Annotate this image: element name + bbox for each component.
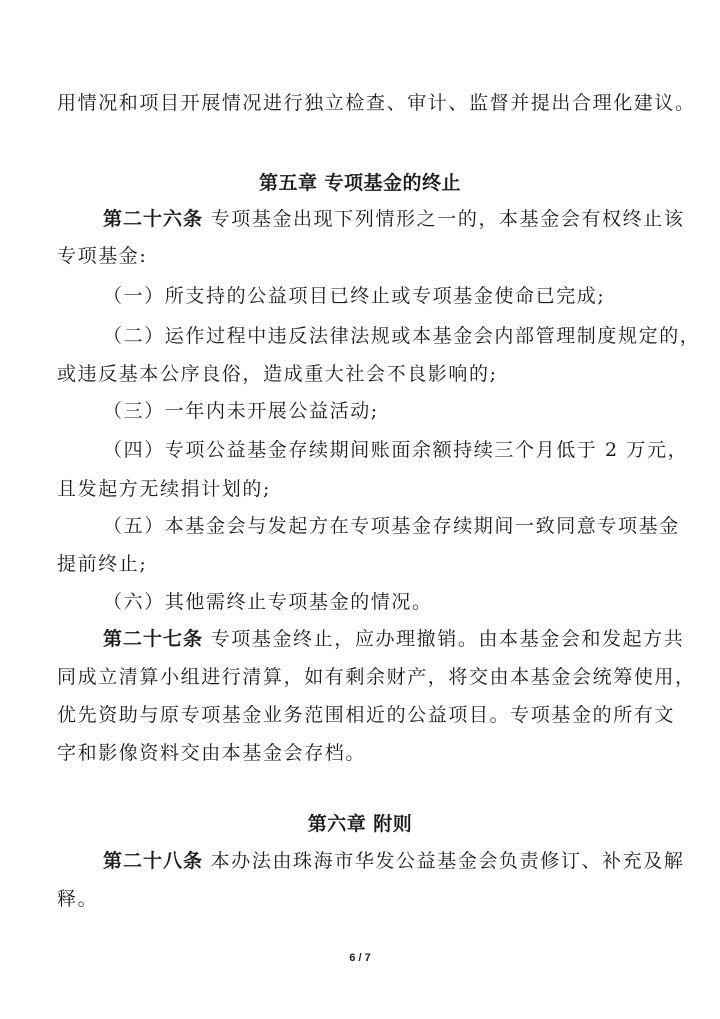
- article-26-line-1: 第二十六条 专项基金出现下列情形之一的，本基金会有权终止该: [103, 207, 663, 231]
- paragraph-continuation: 用情况和项目开展情况进行独立检查、审计、监督并提出合理化建议。: [57, 91, 663, 115]
- article-26-item-3: （三）一年内未开展公益活动;: [103, 399, 663, 423]
- article-28-line-1: 第二十八条 本办法由珠海市华发公益基金会负责修订、补充及解: [103, 849, 663, 873]
- article-26-text: 专项基金出现下列情形之一的，本基金会有权终止该: [203, 208, 684, 230]
- article-26-item-4-line-2: 且发起方无续捐计划的;: [57, 477, 663, 501]
- article-26-item-1: （一）所支持的公益项目已终止或专项基金使命已完成;: [103, 284, 663, 308]
- article-26-item-4-line-1: （四）专项公益基金存续期间账面余额持续三个月低于 2 万元，: [103, 438, 663, 462]
- document-page: 用情况和项目开展情况进行独立检查、审计、监督并提出合理化建议。 第五章 专项基金…: [0, 0, 720, 1019]
- chapter-6-title: 第六章 附则: [0, 812, 720, 836]
- article-28-line-2: 释。: [57, 887, 663, 911]
- article-27-line-2: 同成立清算小组进行清算，如有剩余财产，将交由本基金会统筹使用，: [57, 665, 663, 689]
- article-26-item-2-line-2: 或违反基本公序良俗，造成重大社会不良影响的;: [57, 362, 663, 386]
- article-26-item-6: （六）其他需终止专项基金的情况。: [103, 590, 663, 614]
- article-27-text: 专项基金终止，应办理撤销。由本基金会和发起方共: [203, 628, 684, 650]
- article-26-line-2: 专项基金:: [57, 244, 663, 268]
- article-28-label: 第二十八条: [103, 850, 203, 872]
- article-27-line-4: 字和影像资料交由本基金会存档。: [57, 741, 663, 765]
- article-26-item-5-line-1: （五）本基金会与发起方在专项基金存续期间一致同意专项基金: [103, 514, 663, 538]
- article-26-item-2-line-1: （二）运作过程中违反法律法规或本基金会内部管理制度规定的，: [103, 324, 663, 348]
- article-27-label: 第二十七条: [103, 628, 203, 650]
- article-28-text: 本办法由珠海市华发公益基金会负责修订、补充及解: [203, 850, 684, 872]
- article-26-item-5-line-2: 提前终止;: [57, 552, 663, 576]
- article-26-label: 第二十六条: [103, 208, 203, 230]
- article-27-line-1: 第二十七条 专项基金终止，应办理撤销。由本基金会和发起方共: [103, 627, 663, 651]
- page-number: 6 / 7: [0, 952, 720, 964]
- chapter-5-title: 第五章 专项基金的终止: [0, 171, 720, 195]
- article-27-line-3: 优先资助与原专项基金业务范围相近的公益项目。专项基金的所有文: [57, 703, 663, 727]
